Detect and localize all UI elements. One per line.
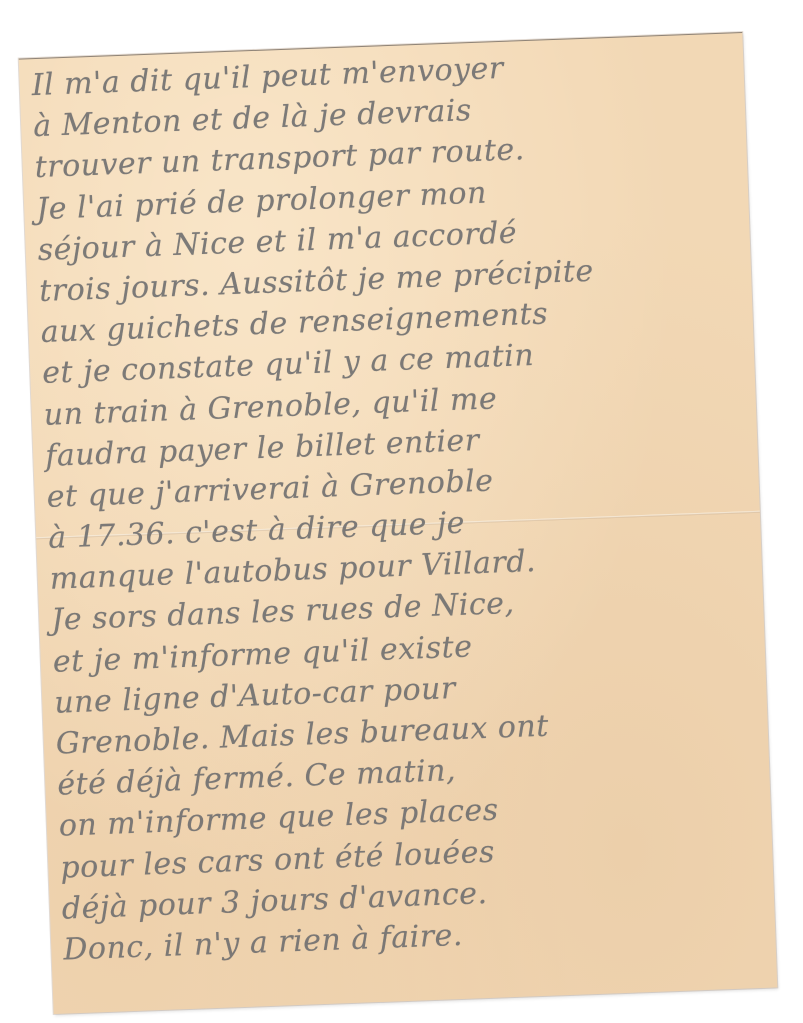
letter-text: Il m'a dit qu'il peut m'envoyer à Menton… bbox=[31, 39, 768, 970]
letter-paper: Il m'a dit qu'il peut m'envoyer à Menton… bbox=[19, 32, 778, 1014]
